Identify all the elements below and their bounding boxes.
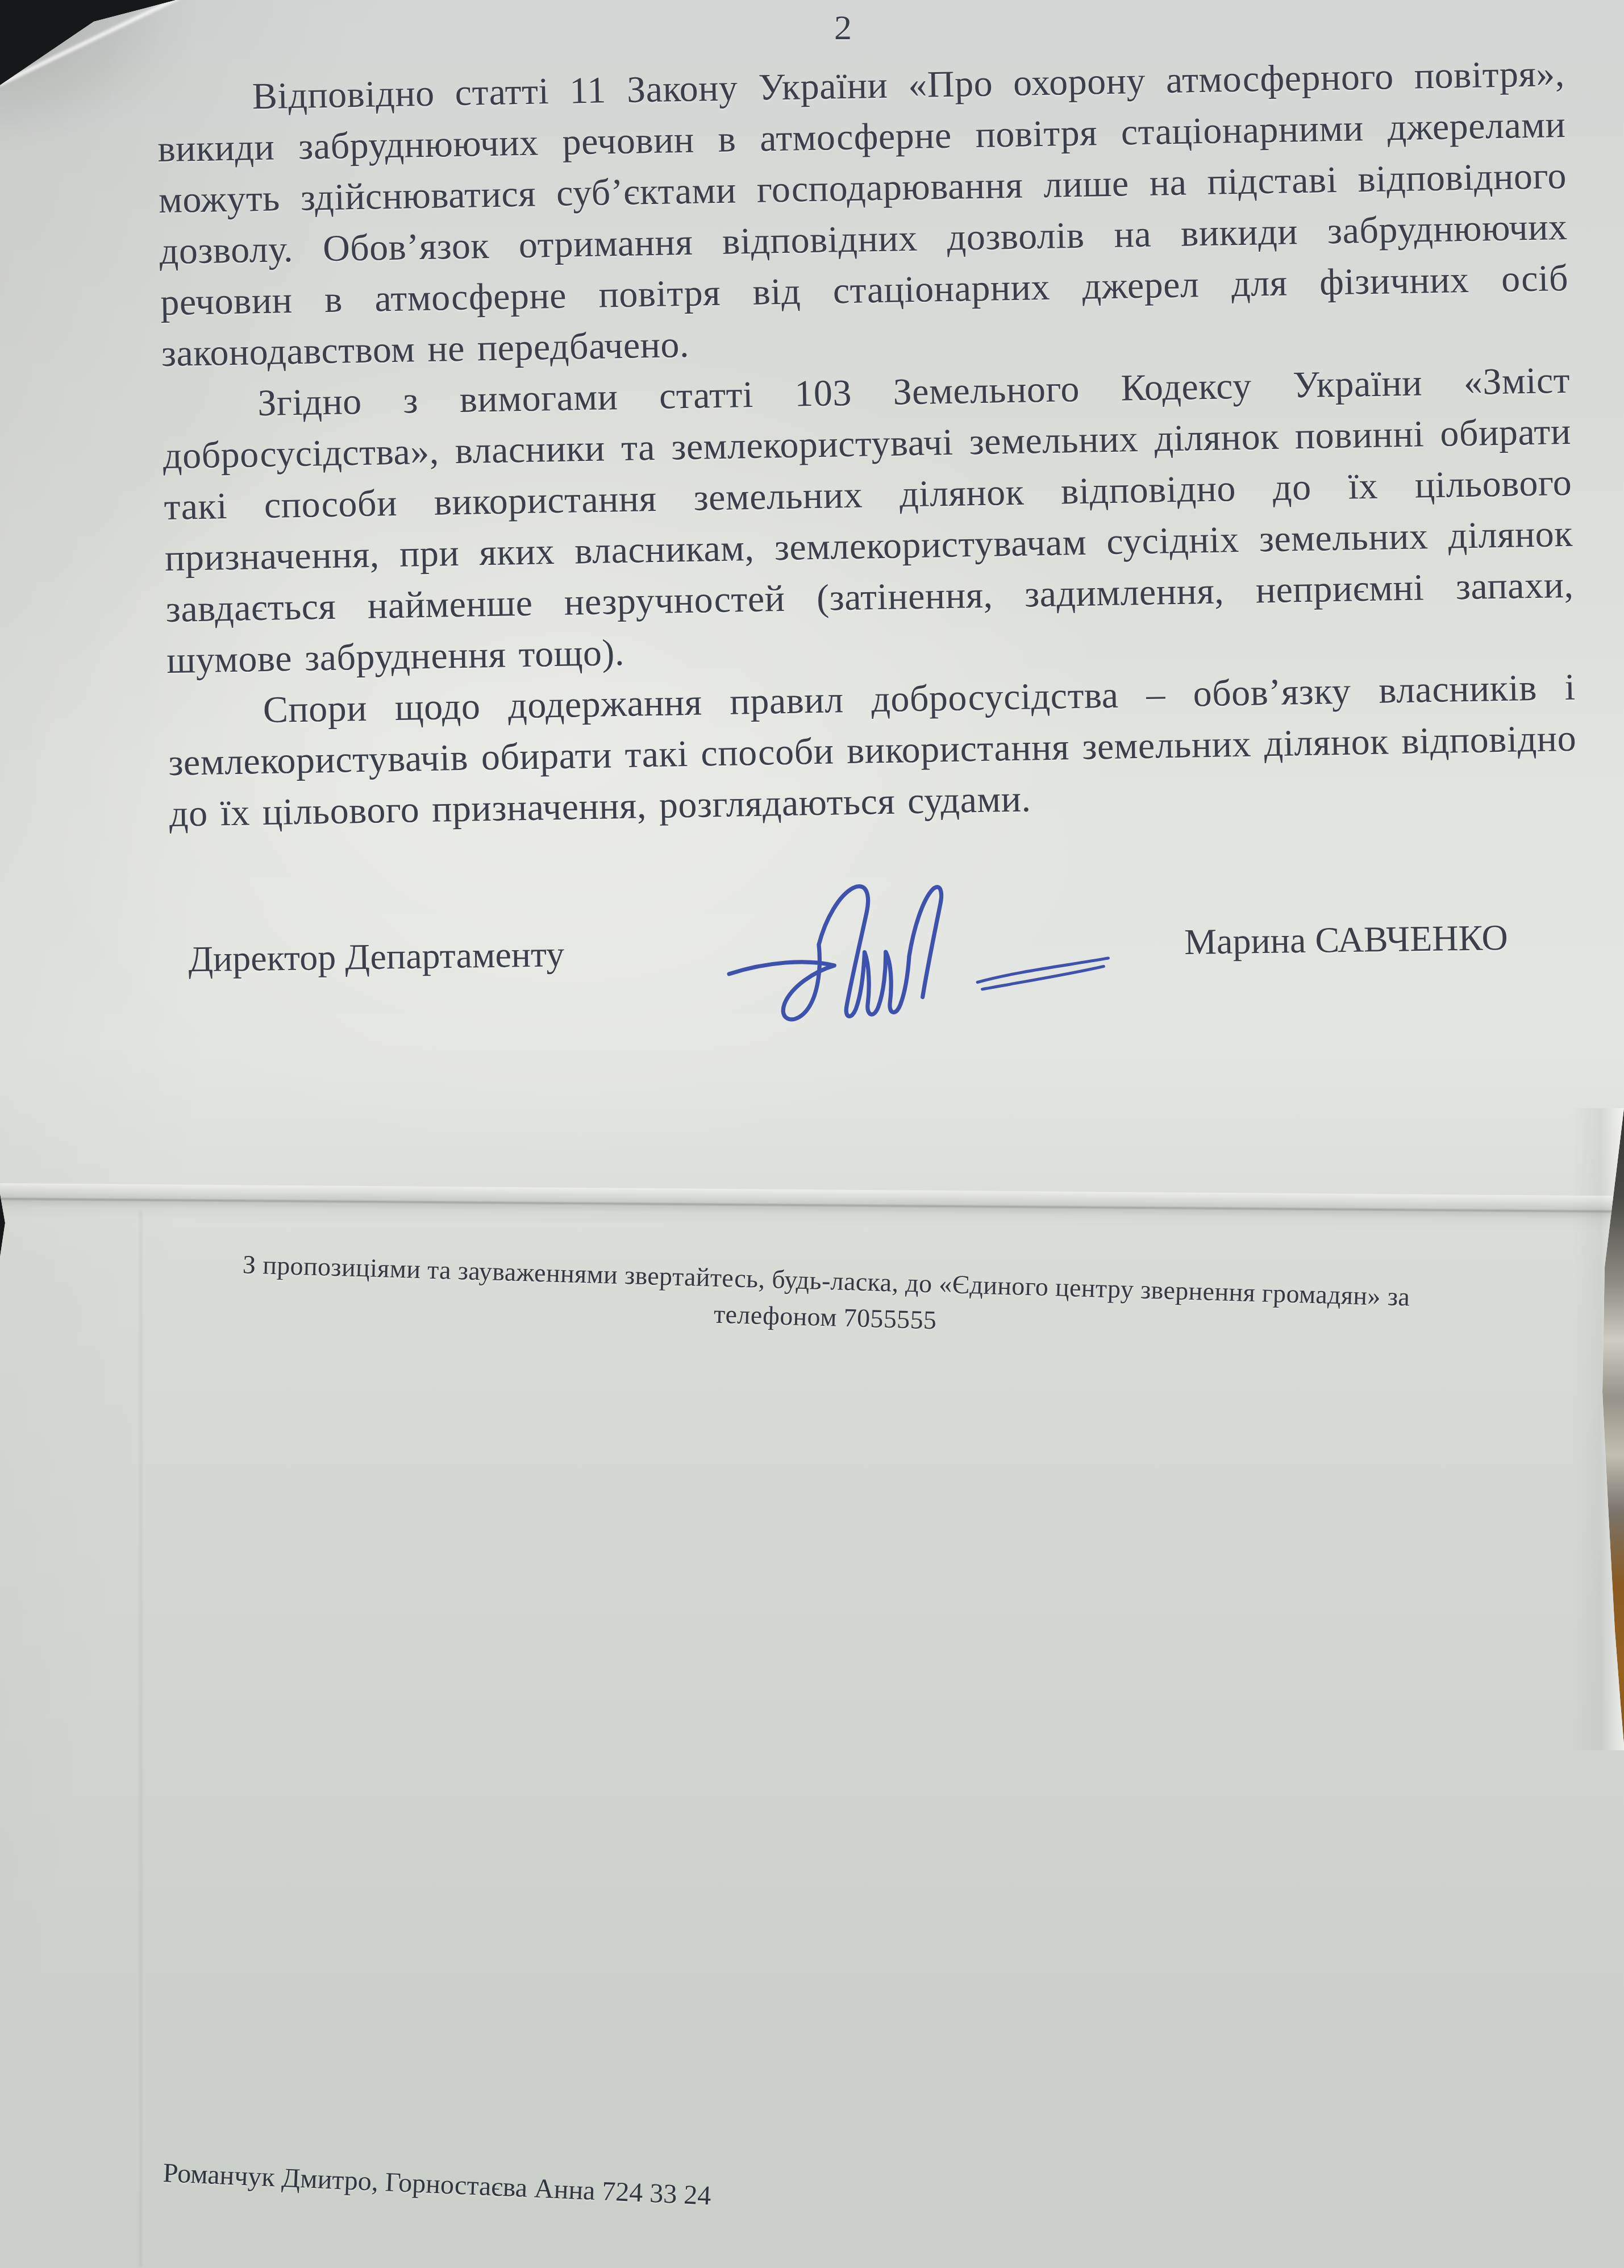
vertical-crease: [140, 1210, 141, 2267]
letter-body: Відповідно статті 11 Закону України «Про…: [156, 48, 1577, 840]
contact-line: Романчук Дмитро, Горностаєва Анна 724 33…: [163, 2157, 1072, 2227]
signatory-name: Марина САВЧЕНКО: [1184, 917, 1509, 963]
fold-crease: [0, 1183, 1624, 1233]
signatory-title: Директор Департаменту: [188, 933, 565, 980]
signature-flourish: [977, 958, 1109, 989]
body-paragraph: Згідно з вимогами статті 103 Земельного …: [162, 355, 1575, 686]
document-photo: 2 Відповідно статті 11 Закону України «П…: [0, 0, 1624, 2268]
signature-scribble: [728, 885, 943, 1021]
body-paragraph: Спори щодо додержання правил добросусідс…: [167, 662, 1577, 840]
page-number: 2: [834, 8, 852, 48]
body-paragraph: Відповідно статті 11 Закону України «Про…: [156, 48, 1569, 380]
footer-note: З пропозиціями та зауваженнями звертайте…: [226, 1246, 1426, 1353]
signature-block: Директор Департаменту Марина САВЧЕНКО: [162, 872, 1572, 1074]
signature-ink: [724, 879, 1113, 1032]
paper-sheet: 2 Відповідно статті 11 Закону України «П…: [0, 0, 1624, 2268]
paper-corner-edge: [0, 0, 180, 86]
